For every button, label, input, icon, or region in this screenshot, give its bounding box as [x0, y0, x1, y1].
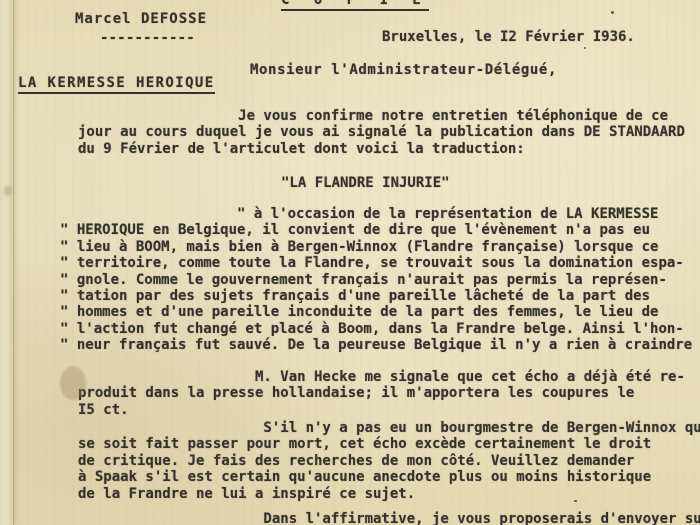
subject-line: LA KERMESSE HEROIQUE [18, 75, 215, 94]
sender-name: Marcel DEFOSSE [75, 11, 207, 27]
dateline: Bruxelles, le I2 Février I936. [382, 29, 635, 45]
paper-smudge [4, 186, 12, 196]
ink-speck [584, 47, 586, 49]
paragraph-2: M. Van Hecke me signale que cet écho a d… [78, 369, 685, 418]
paragraph-3: S'il n'y a pas eu un bourgmestre de Berg… [78, 420, 700, 502]
paper-edge-crease [0, 0, 14, 525]
article-title: "LA FLANDRE INJURIE" [281, 175, 450, 191]
ink-speck [574, 500, 577, 502]
scanned-letter-page: C O P I E Marcel DEFOSSE ----------- Bru… [0, 0, 700, 525]
paper-smudge [60, 366, 86, 400]
sender-underline-dashes: ----------- [100, 30, 195, 46]
paragraph-1: Je vous confirme notre entretien télépho… [78, 108, 685, 157]
paragraph-4: Dans l'affirmative, je vous proposerais … [78, 511, 700, 525]
quoted-article: " à l'occasion de la représentation de L… [60, 206, 692, 354]
salutation: Monsieur l'Administrateur-Délégué, [250, 62, 557, 78]
ink-speck [611, 11, 614, 14]
copy-heading: C O P I E [281, 0, 429, 11]
